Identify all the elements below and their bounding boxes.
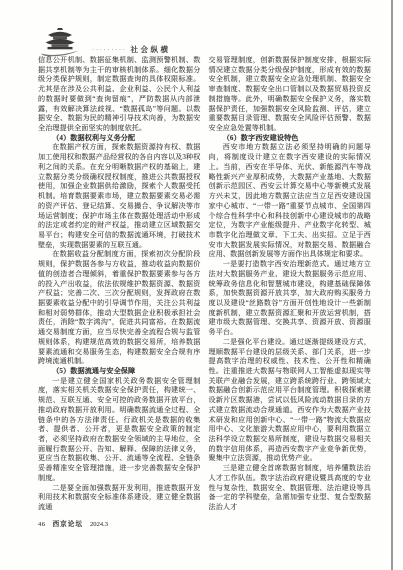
section-label: 社会纵横 bbox=[130, 44, 170, 55]
body-paragraph: 信息公开机制、数据征集机制、监测预警机制、数据共享机制等为主干的审核机制体系。细… bbox=[38, 56, 201, 134]
body-paragraph: 在数据产权方面，探索数据资源持有权、数据加工使用权和数据产品经营权的各自内容以及… bbox=[38, 143, 201, 250]
dotted-leader: ········· bbox=[92, 46, 126, 54]
section-subheading: （5）数据流通与安全保障 bbox=[38, 367, 201, 377]
journal-name: 西京论坛 bbox=[53, 518, 83, 528]
body-paragraph: 一是建立健全国家机关政务数据安全管理制度，落实相关机关数据安全保护责任，构建统一… bbox=[38, 377, 201, 484]
body-paragraph: 二是要全面加强数据开发利用，推进数据开发利用技术和数据安全标准体系建设，建立健全… bbox=[38, 484, 201, 513]
section-subheading: （4）数据权利与义务分配 bbox=[38, 134, 201, 144]
body-paragraph: 一是要打造数字西安治理新范式。通过地方立法对大数据服务产业、建设大数据服务示范应… bbox=[209, 260, 372, 338]
section-subheading: （6）数字西安建设特色 bbox=[209, 134, 372, 144]
body-paragraph: 三是建立健全首席数据官制度，培养懂数法治人才工作队伍。数字法治政府建设暨具高度的… bbox=[209, 464, 372, 513]
body-paragraph: 交易管理制度，创新数据保护制度安排，根据实际情况建立数据分类分级保护制度，形成有… bbox=[209, 56, 372, 134]
pavilion-logo-icon bbox=[38, 27, 82, 57]
issue-number: 2024.3 bbox=[90, 521, 108, 528]
body-paragraph: 二是强化平台建设。通过逐渐提级建设方式，理顺数据平台建设的层级关系、部门关系，进… bbox=[209, 338, 372, 464]
page-header: ········· 社会纵横 bbox=[38, 27, 170, 57]
body-paragraph: 西安市地方数据立法必须坚持明确的问题导向，将制度设计建立在数字西安建设的实际情况… bbox=[209, 143, 372, 260]
article-body: 信息公开机制、数据征集机制、监测预警机制、数据共享机制等为主干的审核机制体系。细… bbox=[38, 56, 371, 513]
scanned-journal-page: ········· 社会纵横 信息公开机制、数据征集机制、监测预警机制、数据共享… bbox=[0, 0, 403, 570]
body-paragraph: 在数据收益分配制度方面，探索初次分配阶段规则，保护数据各参与方收益，推动收益向数… bbox=[38, 250, 201, 367]
right-column: 交易管理制度，创新数据保护制度安排，根据实际情况建立数据分类分级保护制度，形成有… bbox=[209, 56, 372, 513]
page-number: 46 bbox=[38, 521, 46, 528]
scan-gutter-line bbox=[391, 0, 393, 570]
left-column: 信息公开机制、数据征集机制、监测预警机制、数据共享机制等为主干的审核机制体系。细… bbox=[38, 56, 201, 513]
page-footer: 46 西京论坛 2024.3 bbox=[38, 518, 108, 528]
